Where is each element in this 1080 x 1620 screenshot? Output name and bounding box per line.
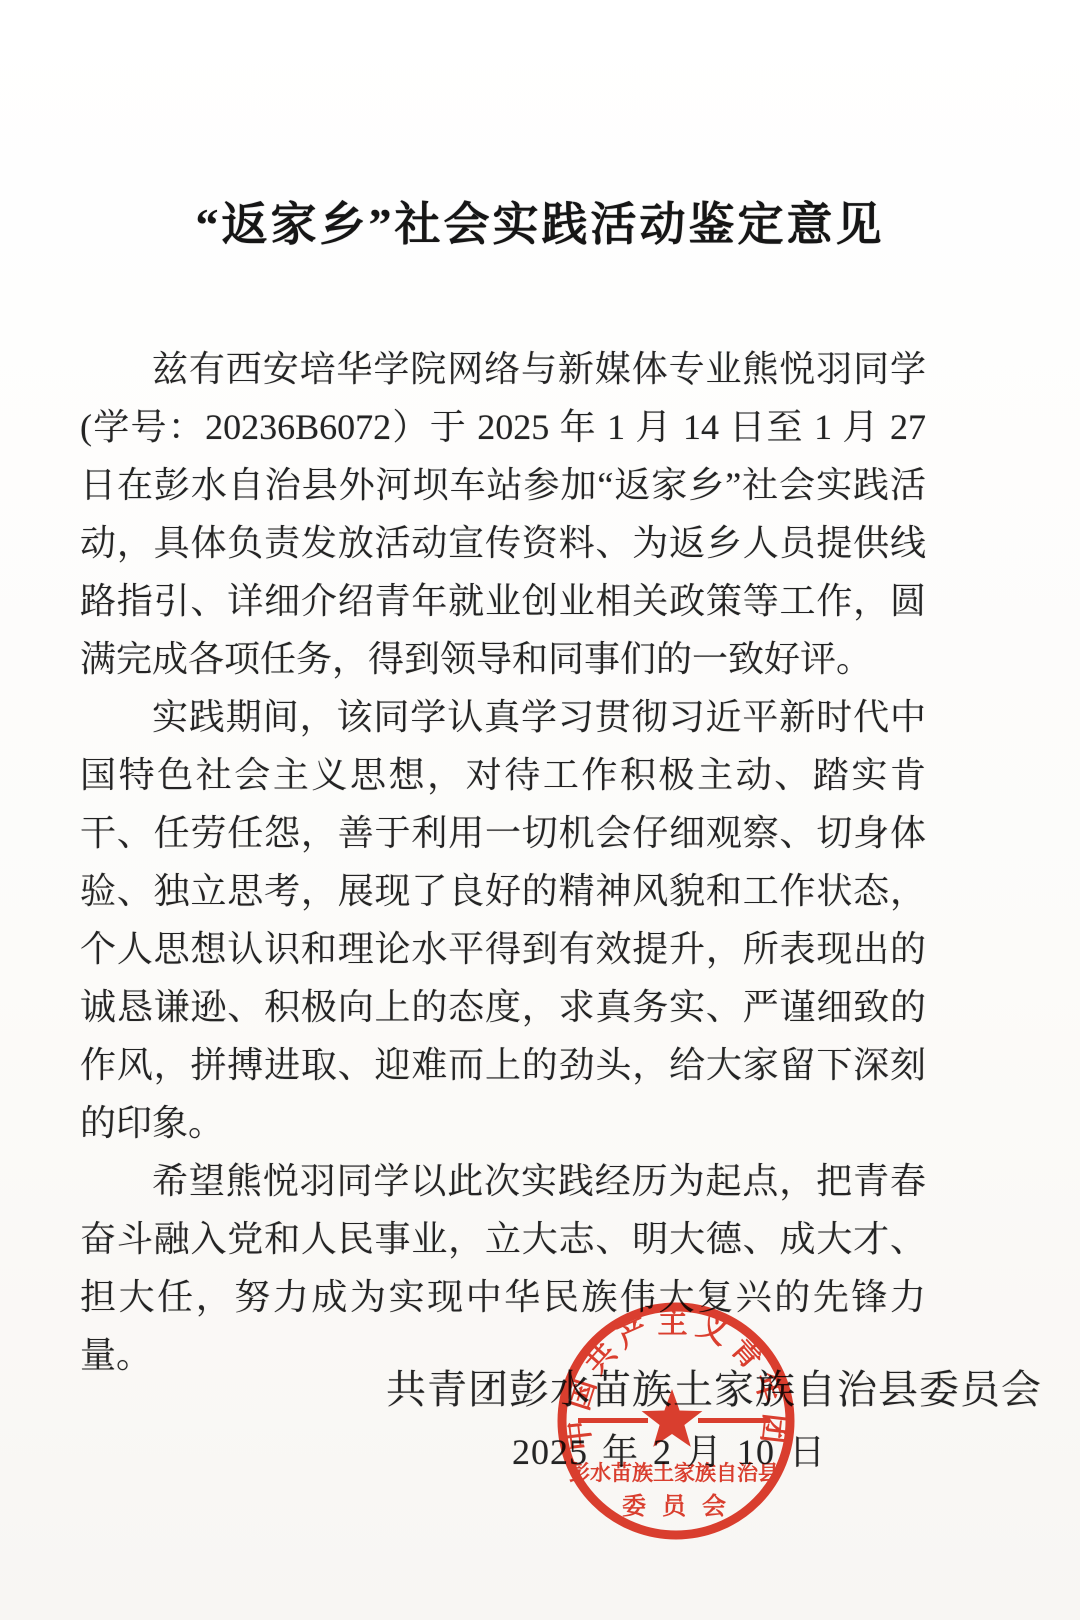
official-seal: 中国共产主义青年团 彭水苗族土家族自治县 委员会 <box>550 1293 806 1549</box>
seal-right-bar <box>698 1418 770 1423</box>
seal-left-bar <box>578 1418 648 1423</box>
seal-org-line2: 委员会 <box>622 1492 742 1520</box>
seal-org-line1: 彭水苗族土家族自治县 <box>569 1461 779 1485</box>
red-star-icon <box>642 1389 703 1447</box>
document-page: “返家乡”社会实践活动鉴定意见 兹有西安培华学院网络与新媒体专业熊悦羽同学(学号… <box>0 0 1080 1620</box>
paragraph-performance: 实践期间，该同学认真学习贯彻习近平新时代中国特色社会主义思想，对待工作积极主动、… <box>80 688 926 1152</box>
paragraph-introduction: 兹有西安培华学院网络与新媒体专业熊悦羽同学(学号：20236B6072）于 20… <box>80 340 926 688</box>
document-title: “返家乡”社会实践活动鉴定意见 <box>0 188 1080 254</box>
document-body: 兹有西安培华学院网络与新媒体专业熊悦羽同学(学号：20236B6072）于 20… <box>80 340 926 1384</box>
